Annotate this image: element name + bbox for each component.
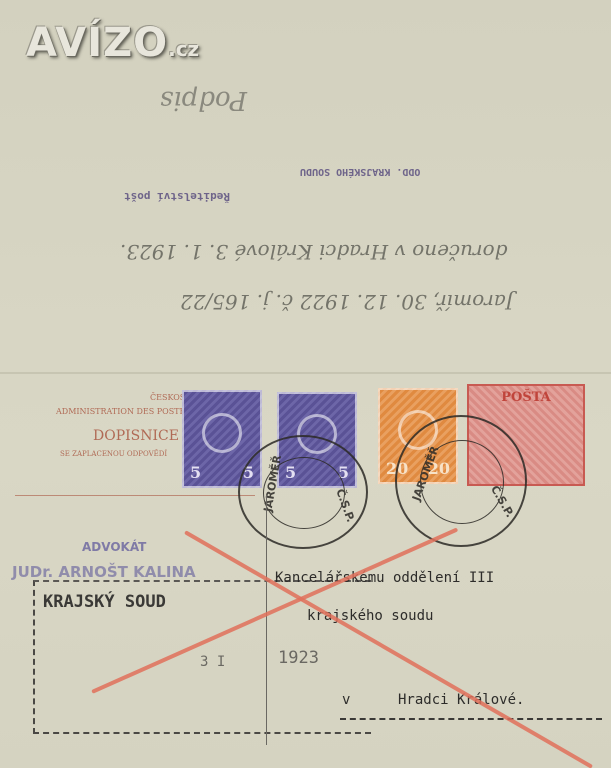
dove-emblem-icon [202,413,242,453]
header-divider [15,495,255,496]
card-header-title: DOPISNICE [93,428,179,444]
card-header-subtitle: SE ZAPLACENOU ODPOVĚDÍ [60,450,167,458]
court-name: KRAJSKÝ SOUD [43,592,166,612]
court-year: 1923 [278,648,319,668]
postmark-2: JAROMĚŘ Č.S.P. [395,415,527,547]
fold-line [0,372,611,374]
watermark-tld: .cz [168,37,199,61]
address-dash-line [340,718,602,720]
sender-title: ADVOKÁT [82,540,146,554]
purple-stamp-line-2: Ředitelství pošt [124,190,230,203]
address-line-1: Kancelářskému oddělení III [275,570,494,586]
postmark-1: JAROMĚŘ Č.S.P. [238,435,368,549]
handwritten-line-2: Jaromíř, 30. 12. 1922 č. j. 165/22 [180,290,514,314]
address-prefix: v [342,692,350,708]
address-divider-line [266,495,267,745]
card-header-line2: ADMINISTRATION DES POSTES [56,407,191,416]
watermark-logo: AVÍZO.cz [26,20,199,66]
address-line-3: Hradci Králové. [398,692,524,708]
handwritten-line-1: doručeno v Hradci Králové 3. 1. 1923. [120,240,507,264]
purple-stamp-line-1: ODD. KRAJSKÉHO SOUDU [300,166,420,177]
court-date: 3 I [200,654,225,670]
watermark-brand: AVÍZO [26,20,168,66]
signature: Podpis [160,85,247,115]
sender-name: JUDr. ARNOŠT KALINA [12,563,196,581]
